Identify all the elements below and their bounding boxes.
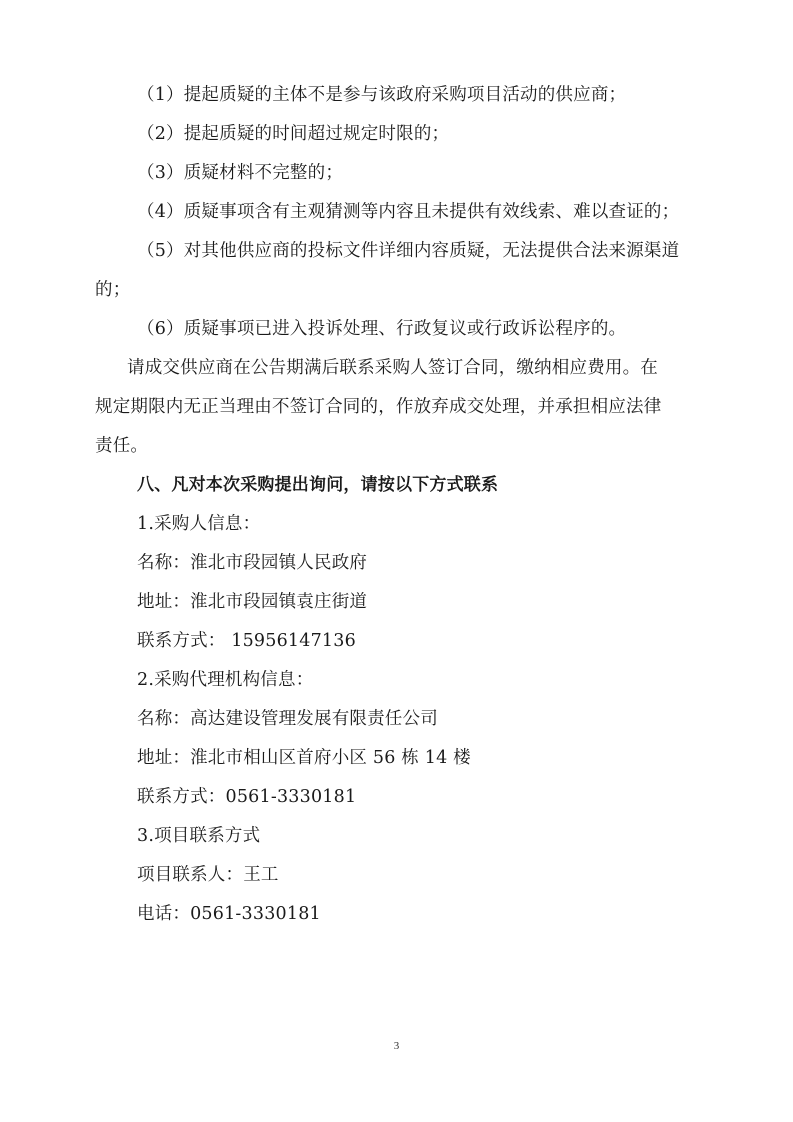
agency-heading: 2.采购代理机构信息：	[137, 668, 313, 692]
purchaser-heading: 1.采购人信息：	[137, 512, 260, 536]
contract-notice-line-2: 规定期限内无正当理由不签订合同的，作放弃成交处理，并承担相应法律	[95, 395, 661, 419]
section-heading: 八、凡对本次采购提出询问，请按以下方式联系	[137, 473, 498, 497]
purchaser-contact: 联系方式： 15956147136	[137, 629, 356, 653]
objection-rule-6: （6）质疑事项已进入投诉处理、行政复议或行政诉讼程序的。	[137, 317, 626, 341]
contract-notice-line-1: 请成交供应商在公告期满后联系采购人签订合同，缴纳相应费用。在	[127, 356, 658, 380]
objection-rule-5: （5）对其他供应商的投标文件详细内容质疑，无法提供合法来源渠道	[137, 239, 679, 263]
objection-rule-3: （3）质疑材料不完整的；	[137, 161, 343, 185]
objection-rule-1: （1）提起质疑的主体不是参与该政府采购项目活动的供应商；	[137, 83, 626, 107]
purchaser-address: 地址：淮北市段园镇袁庄街道	[137, 590, 367, 614]
document-page: （1）提起质疑的主体不是参与该政府采购项目活动的供应商； （2）提起质疑的时间超…	[0, 0, 793, 1122]
purchaser-name: 名称：淮北市段园镇人民政府	[137, 551, 367, 575]
objection-rule-5-cont: 的；	[95, 278, 130, 302]
objection-rule-4: （4）质疑事项含有主观猜测等内容且未提供有效线索、难以查证的；	[137, 200, 679, 224]
objection-rule-2: （2）提起质疑的时间超过规定时限的；	[137, 122, 449, 146]
agency-contact: 联系方式：0561-3330181	[137, 785, 356, 809]
agency-name: 名称：高达建设管理发展有限责任公司	[137, 707, 438, 731]
agency-address: 地址：淮北市相山区首府小区 56 栋 14 楼	[137, 746, 471, 770]
project-contact-phone: 电话：0561-3330181	[137, 902, 321, 926]
project-contact-heading: 3.项目联系方式	[137, 824, 260, 848]
page-number: 3	[0, 1040, 793, 1052]
contract-notice-line-3: 责任。	[95, 434, 148, 458]
project-contact-person: 项目联系人：王工	[137, 863, 279, 887]
